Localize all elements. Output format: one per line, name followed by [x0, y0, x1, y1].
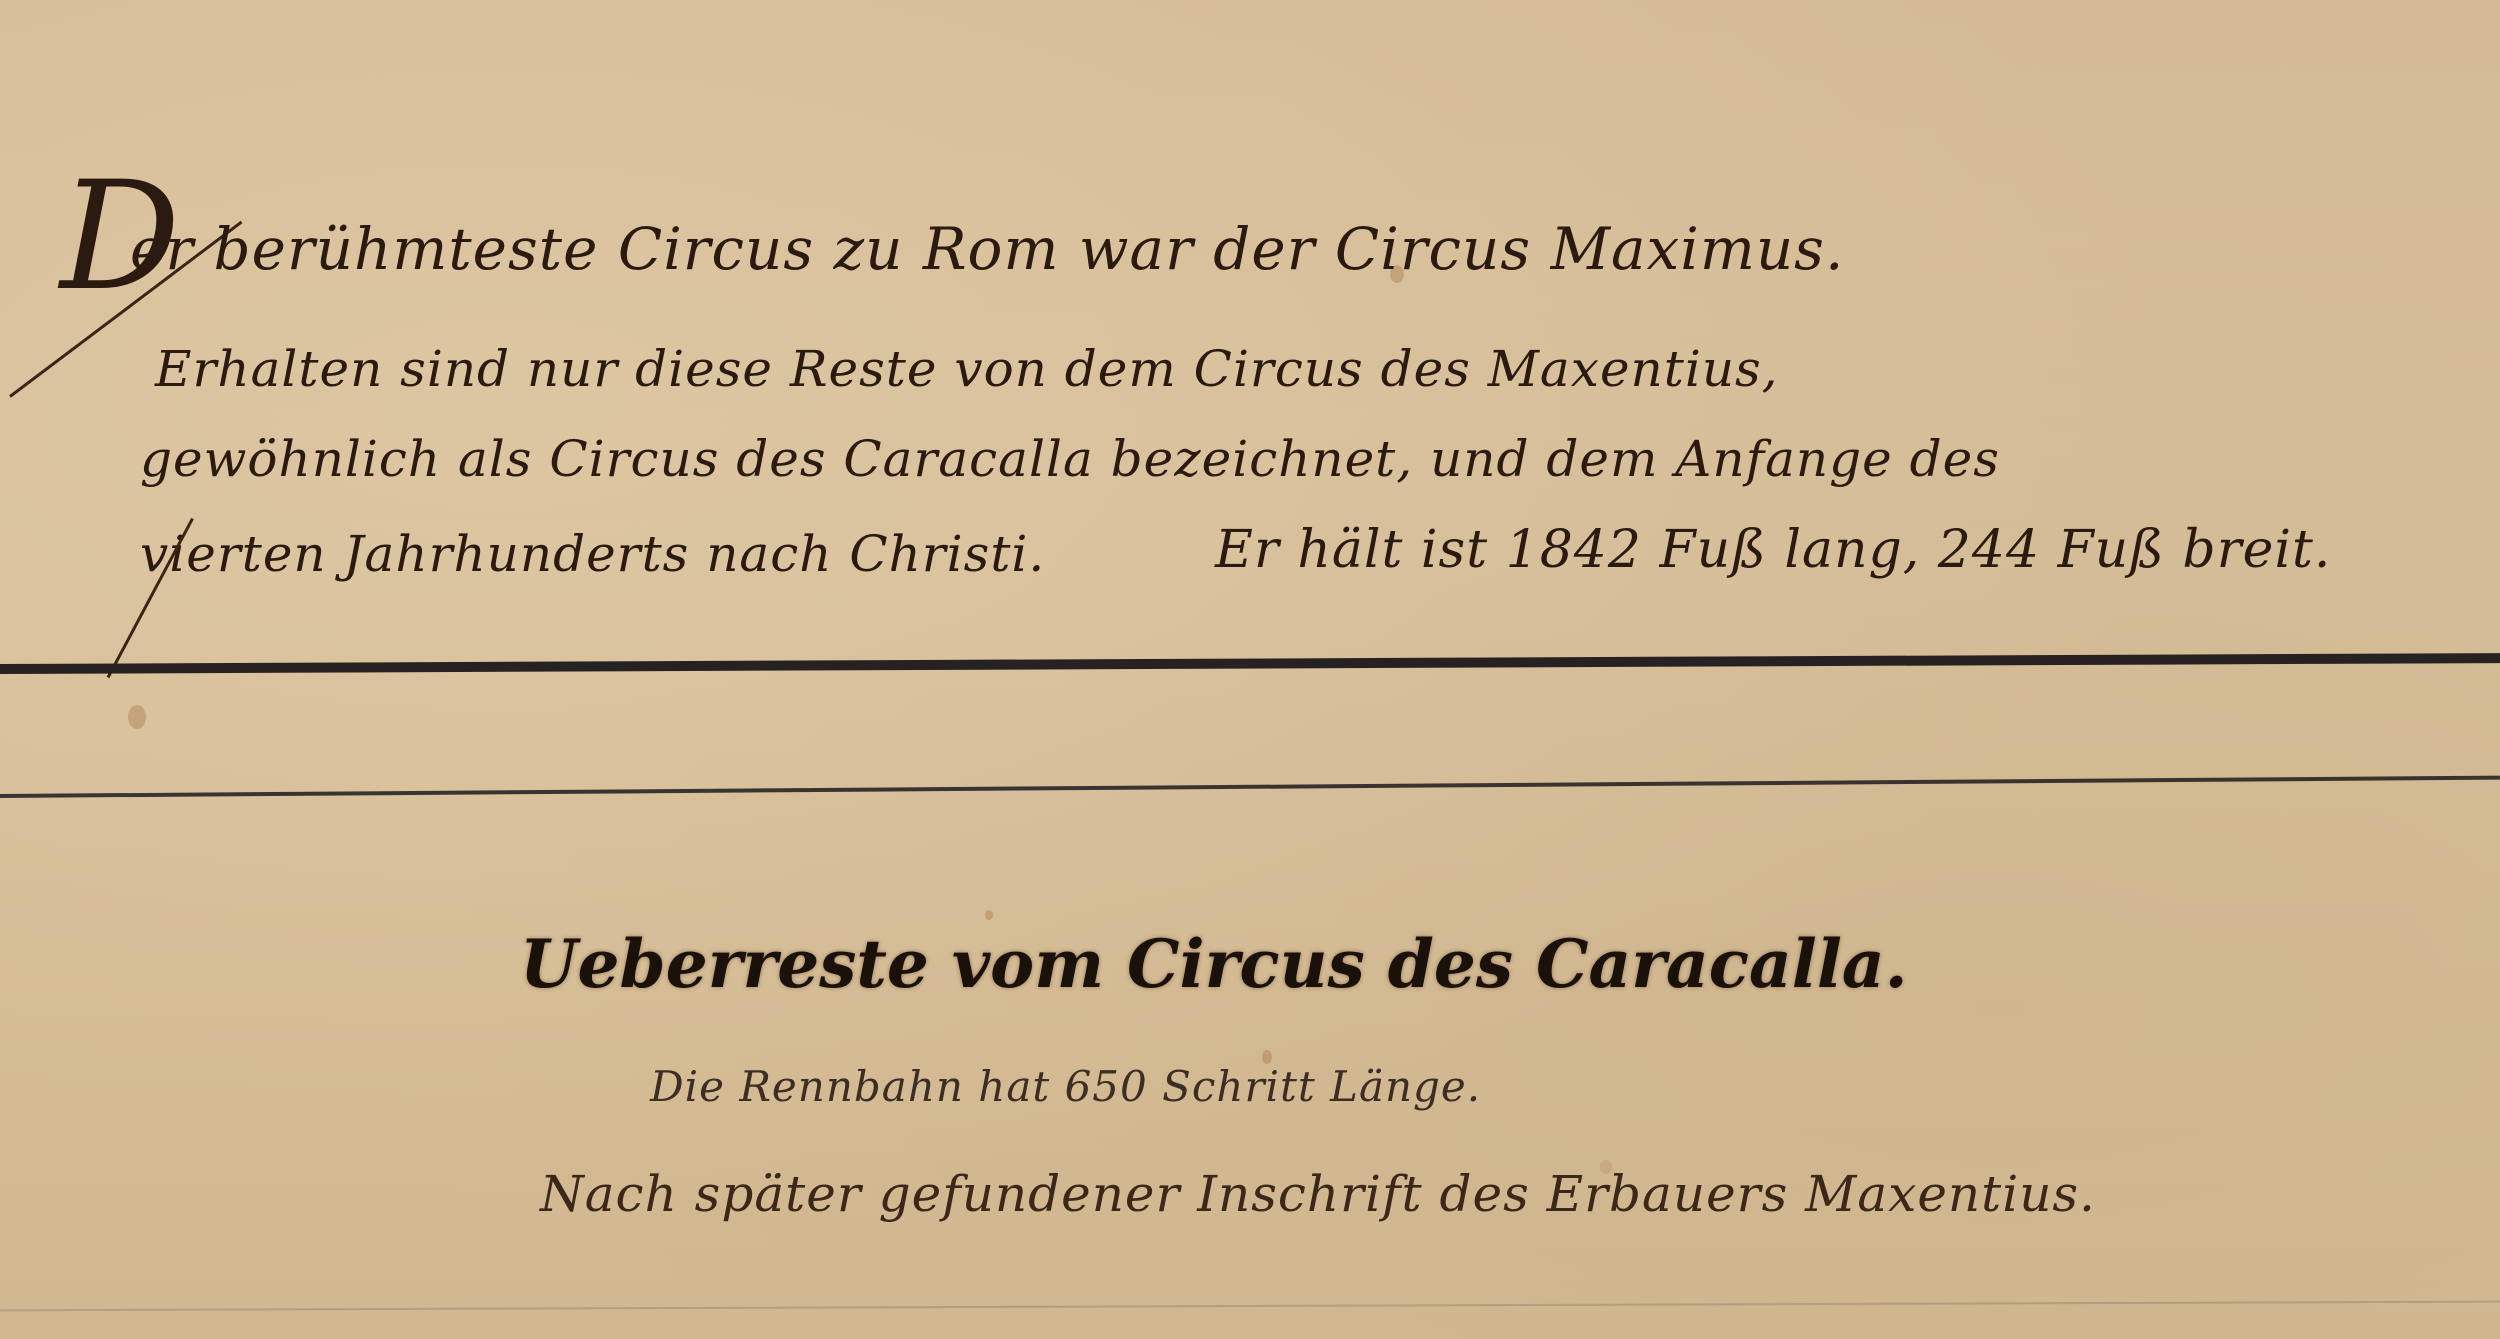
- note-track-length: Die Rennbahn hat 650 Schritt Länge.: [650, 1062, 1481, 1111]
- plate-title: Ueberreste vom Circus des Caracalla.: [520, 925, 1908, 1003]
- header-line-3: gewöhnlich als Circus des Caracalla beze…: [140, 430, 2000, 488]
- header-line-1: er berühmteste Circus zu Rom war der Cir…: [130, 215, 1844, 283]
- dimensions-note: Er hält ist 1842 Fuß lang, 244 Fuß breit…: [1215, 520, 2331, 580]
- foxing-spot: [985, 910, 993, 920]
- note-inscription: Nach später gefundener Inschrift des Erb…: [540, 1165, 2096, 1223]
- foxing-spot: [128, 705, 146, 729]
- header-line-2: Erhalten sind nur diese Reste von dem Ci…: [155, 340, 1779, 398]
- header-line-4: vierten Jahrhunderts nach Christi.: [140, 525, 1045, 583]
